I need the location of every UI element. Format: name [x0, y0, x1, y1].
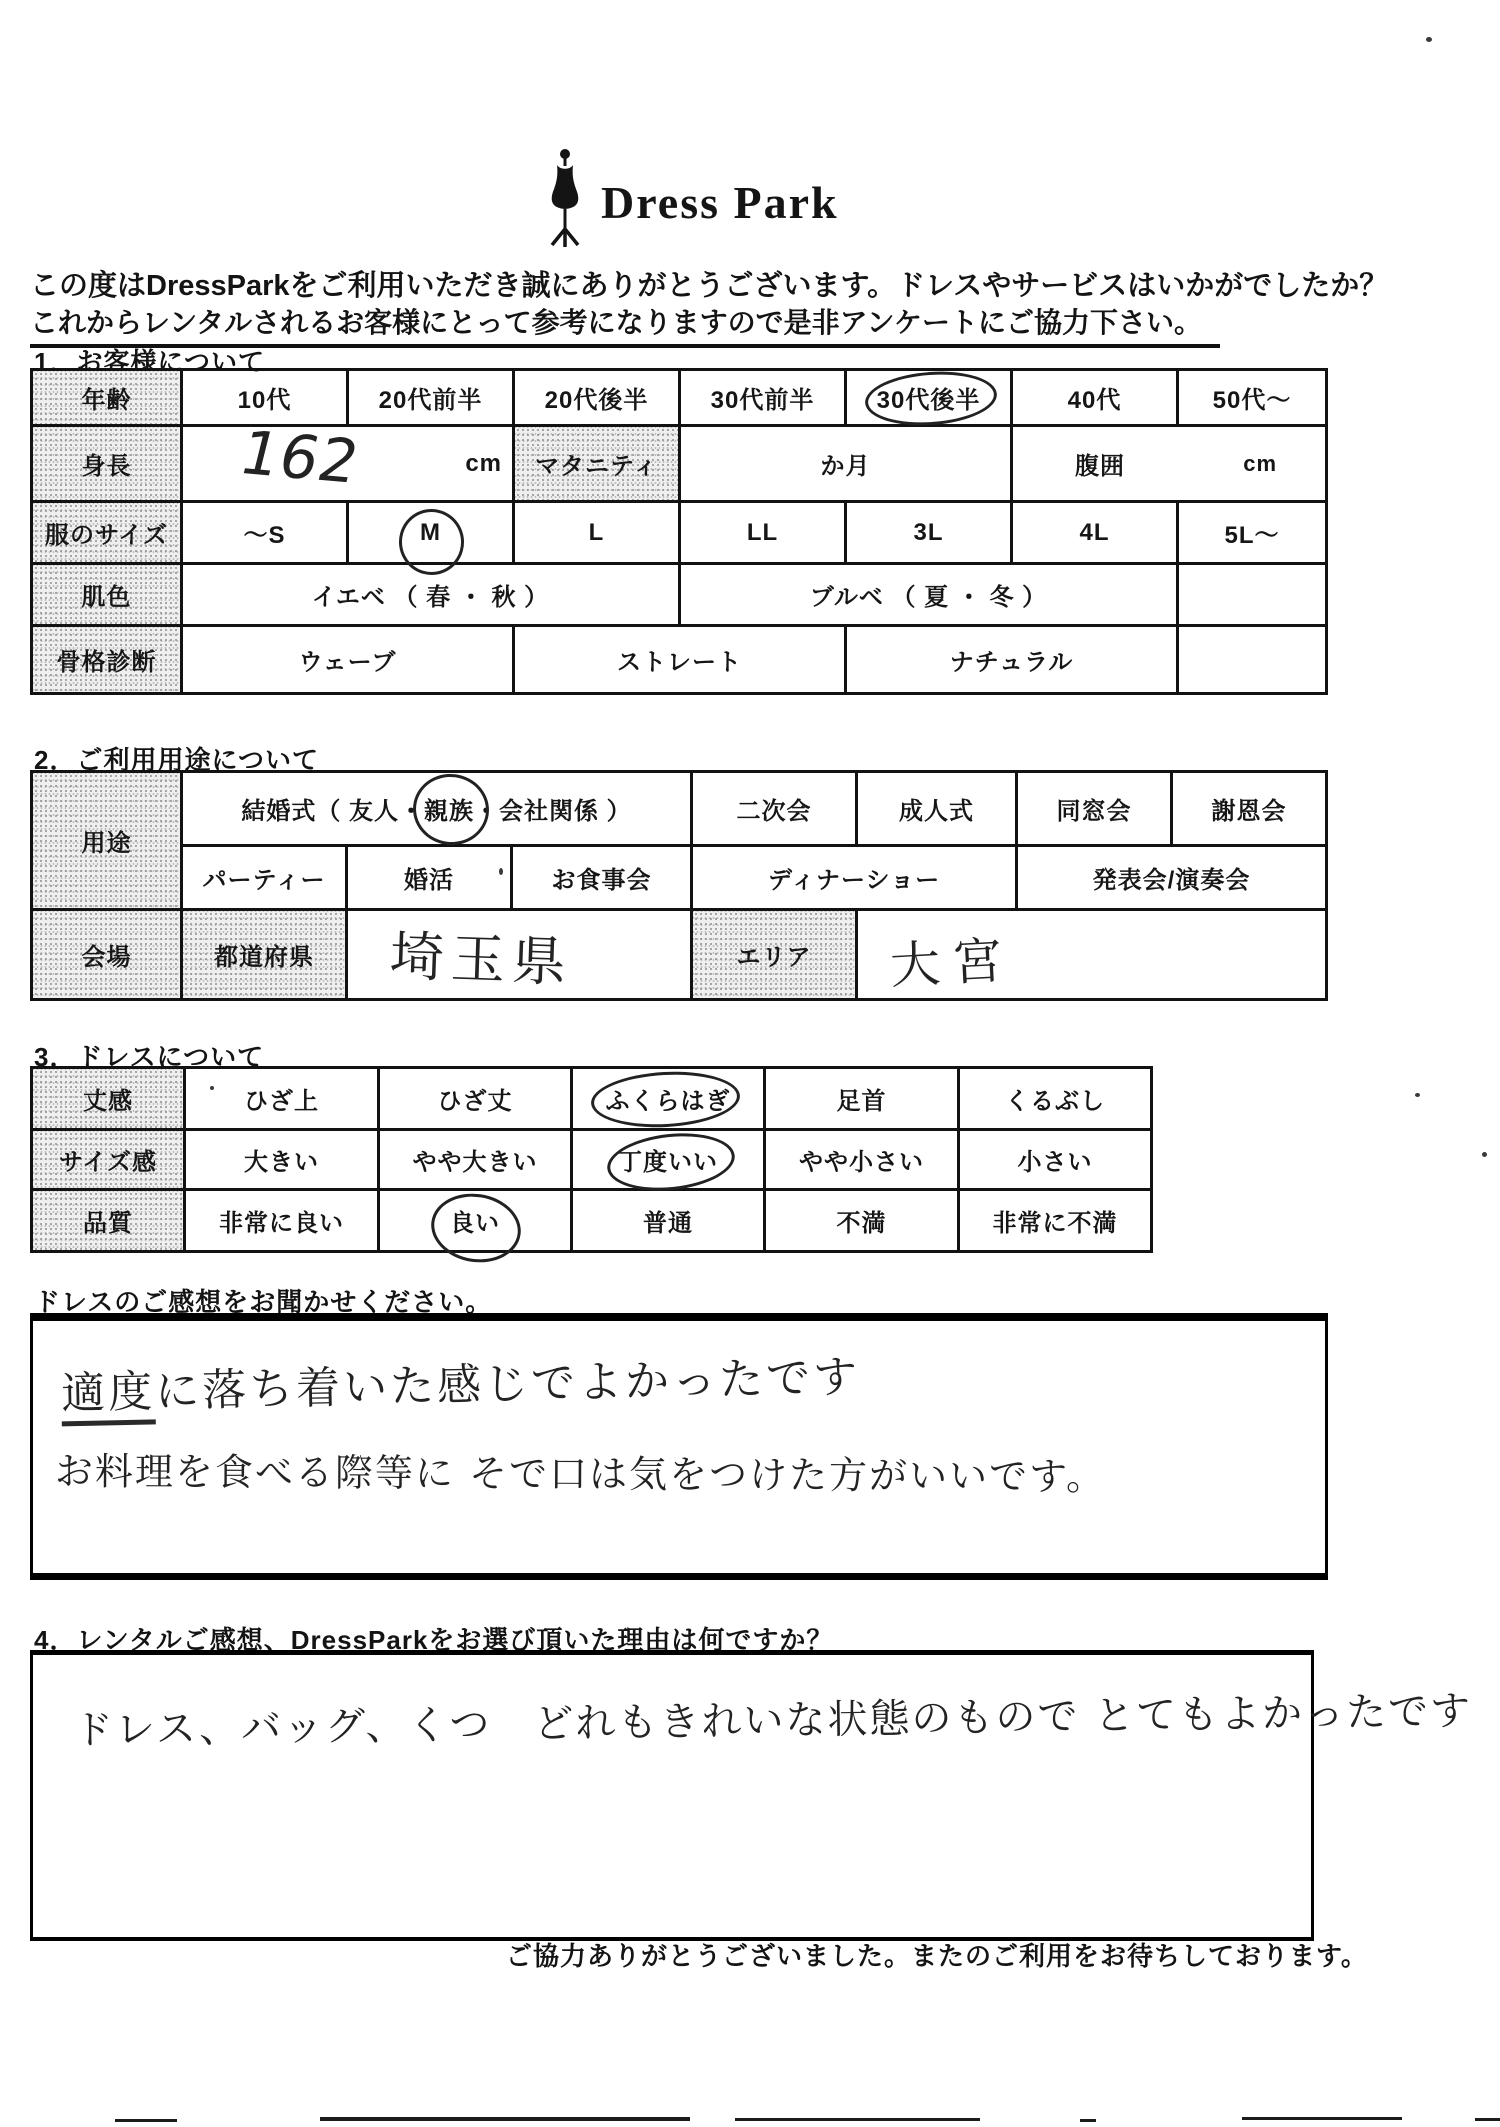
- height-row: 身長 162 cm マタニティ か月 腹囲 cm: [32, 426, 1327, 502]
- length-row: 丈感 ひざ上 ひざ丈 ふくらはぎ 足首 くるぶし: [32, 1068, 1152, 1130]
- venue-row: 会場 都道府県 埼玉県 エリア 大宮: [32, 910, 1327, 1000]
- frame-diagnosis-label: 骨格診断: [32, 626, 182, 694]
- handwritten-rental-feedback: ドレス、バッグ、くつ どれもきれいな状態のもので とてもよかったです: [73, 1679, 1473, 1756]
- quality-opt-good-circled: 良い: [379, 1190, 572, 1252]
- length-opt-knee: ひざ丈: [379, 1068, 572, 1130]
- age-opt-30s-late-circled: 30代後半: [846, 370, 1012, 426]
- height-value-cell: 162 cm: [182, 426, 514, 502]
- handwritten-dress-feedback-line1: 適度に落ち着いた感じでよかったです: [60, 1341, 860, 1422]
- purpose-opt-thanks-party: 謝恩会: [1172, 772, 1327, 846]
- skin-tone-row: 肌色 イエベ （ 春 ・ 秋 ） ブルベ （ 夏 ・ 冬 ）: [32, 564, 1327, 626]
- fit-opt-slightly-small: やや小さい: [765, 1130, 959, 1190]
- fit-opt-small: 小さい: [959, 1130, 1152, 1190]
- age-label: 年齢: [32, 370, 182, 426]
- scan-artifact: [1242, 2117, 1402, 2120]
- clothing-size-label: 服のサイズ: [32, 502, 182, 564]
- intro-line-2: これからレンタルされるお客様にとって参考になりますので是非アンケートにご協力下さ…: [30, 301, 1220, 348]
- purpose-row-1: 用途 結婚式（ 友人・親族・会社関係 ） 二次会 成人式 同窓会 謝恩会: [32, 772, 1327, 846]
- purpose-opt-matchmaking: 婚活: [347, 846, 512, 910]
- scan-speck: [210, 1086, 214, 1090]
- footer-thanks: ご協力ありがとうございました。またのご利用をお待ちしております。: [506, 1936, 1368, 1973]
- empty-cell: [1178, 626, 1327, 694]
- scan-artifact: [115, 2119, 177, 2122]
- fit-label: サイズ感: [32, 1130, 185, 1190]
- purpose-opt-reunion: 同窓会: [1017, 772, 1172, 846]
- age-opt-10s: 10代: [182, 370, 348, 426]
- size-opt-s: ～S: [182, 502, 348, 564]
- frame-opt-wave: ウェーブ: [182, 626, 514, 694]
- handwritten-line1-rest: に落ち着いた感じでよかったです: [155, 1352, 861, 1418]
- fit-opt-slightly-large: やや大きい: [379, 1130, 572, 1190]
- scan-speck: [1426, 37, 1432, 42]
- scanned-questionnaire-page: Dress Park この度はDressParkをご利用いただき誠にありがとうご…: [0, 0, 1500, 2127]
- scan-artifact: [320, 2117, 690, 2121]
- dress-table: 丈感 ひざ上 ひざ丈 ふくらはぎ 足首 くるぶし サイズ感 大きい やや大きい …: [30, 1066, 1153, 1253]
- purpose-opt-dinner-meeting: お食事会: [512, 846, 692, 910]
- clothing-size-row: 服のサイズ ～S M L LL 3L 4L 5L～: [32, 502, 1327, 564]
- venue-label: 会場: [32, 910, 182, 1000]
- logo: Dress Park: [543, 148, 839, 252]
- scan-artifact: [1475, 2118, 1500, 2121]
- usage-table: 用途 結婚式（ 友人・親族・会社関係 ） 二次会 成人式 同窓会 謝恩会 パーテ…: [30, 770, 1328, 1001]
- age-opt-20s-late: 20代後半: [514, 370, 680, 426]
- scan-speck: [1482, 1152, 1487, 1157]
- purpose-opt-party: パーティー: [182, 846, 347, 910]
- dress-form-icon: [543, 148, 587, 252]
- age-opt-50s: 50代～: [1178, 370, 1327, 426]
- age-opt-30s-early: 30代前半: [680, 370, 846, 426]
- frame-opt-straight: ストレート: [514, 626, 846, 694]
- scan-artifact: [735, 2118, 980, 2121]
- purpose-opt-afterparty: 二次会: [692, 772, 857, 846]
- circle-mark-relatives: 親族: [424, 791, 474, 826]
- circle-mark-fit: 丁度いい: [618, 1142, 718, 1177]
- age-opt-40s: 40代: [1012, 370, 1178, 426]
- fit-opt-large: 大きい: [185, 1130, 379, 1190]
- prefecture-value-cell: 埼玉県: [347, 910, 692, 1000]
- quality-opt-normal: 普通: [572, 1190, 765, 1252]
- handwritten-area: 大宮: [888, 920, 1016, 998]
- wedding-suffix: ・会社関係 ）: [474, 798, 632, 825]
- handwritten-prefecture: 埼玉県: [389, 914, 575, 997]
- customer-table: 年齢 10代 20代前半 20代後半 30代前半 30代後半 40代 50代～ …: [30, 368, 1328, 695]
- length-opt-anklebone: くるぶし: [959, 1068, 1152, 1130]
- empty-cell: [1178, 564, 1327, 626]
- height-unit: cm: [465, 450, 502, 478]
- circle-mark-size: M: [420, 519, 441, 547]
- purpose-opt-coming-of-age: 成人式: [857, 772, 1017, 846]
- quality-row: 品質 非常に良い 良い 普通 不満 非常に不満: [32, 1190, 1152, 1252]
- size-opt-5l: 5L～: [1178, 502, 1327, 564]
- quality-label: 品質: [32, 1190, 185, 1252]
- intro-line-1: この度はDressParkをご利用いただき誠にありがとうございます。ドレスやサー…: [30, 263, 1388, 304]
- area-value-cell: 大宮: [857, 910, 1327, 1000]
- handwritten-dress-feedback-line2: お料理を食べる際等に そで口は気をつけた方がいいです。: [55, 1440, 1106, 1501]
- circle-mark-quality: 良い: [450, 1203, 500, 1238]
- maternity-months-label: か月: [680, 426, 1012, 502]
- fit-opt-just-right-circled: 丁度いい: [572, 1130, 765, 1190]
- dress-feedback-box: 適度に落ち着いた感じでよかったです お料理を食べる際等に そで口は気をつけた方が…: [30, 1313, 1328, 1580]
- size-opt-3l: 3L: [846, 502, 1012, 564]
- length-label: 丈感: [32, 1068, 185, 1130]
- size-opt-l: L: [514, 502, 680, 564]
- waist-unit: cm: [1243, 451, 1277, 477]
- frame-opt-natural: ナチュラル: [846, 626, 1178, 694]
- size-opt-ll: LL: [680, 502, 846, 564]
- brand-text: Dress Park: [601, 176, 839, 229]
- purpose-opt-recital: 発表会/演奏会: [1017, 846, 1327, 910]
- quality-opt-dissatisfied: 不満: [765, 1190, 959, 1252]
- circle-mark-length: ふくらはぎ: [606, 1081, 731, 1116]
- scan-artifact: [1080, 2119, 1096, 2122]
- area-label: エリア: [692, 910, 857, 1000]
- rental-feedback-box: ドレス、バッグ、くつ どれもきれいな状態のもので とてもよかったです: [30, 1650, 1314, 1941]
- scan-speck: [1415, 1093, 1420, 1097]
- length-opt-above-knee: ひざ上: [185, 1068, 379, 1130]
- waist-cell: 腹囲 cm: [1012, 426, 1327, 502]
- circle-mark-age: 30代後半: [877, 380, 981, 415]
- wedding-prefix: 結婚式（ 友人・: [241, 798, 424, 825]
- purpose-label: 用途: [32, 772, 182, 910]
- age-row: 年齢 10代 20代前半 20代後半 30代前半 30代後半 40代 50代～: [32, 370, 1327, 426]
- skin-tone-label: 肌色: [32, 564, 182, 626]
- skin-opt-blue-base: ブルベ （ 夏 ・ 冬 ）: [680, 564, 1178, 626]
- size-opt-m-circled: M: [348, 502, 514, 564]
- age-opt-20s-early: 20代前半: [348, 370, 514, 426]
- purpose-opt-dinner-show: ディナーショー: [692, 846, 1017, 910]
- handwritten-height: 162: [233, 418, 367, 497]
- scan-speck: [499, 868, 503, 875]
- purpose-opt-wedding: 結婚式（ 友人・親族・会社関係 ）: [182, 772, 692, 846]
- height-label: 身長: [32, 426, 182, 502]
- quality-opt-very-good: 非常に良い: [185, 1190, 379, 1252]
- frame-diagnosis-row: 骨格診断 ウェーブ ストレート ナチュラル: [32, 626, 1327, 694]
- purpose-row-2: パーティー 婚活 お食事会 ディナーショー 発表会/演奏会: [32, 846, 1327, 910]
- maternity-label: マタニティ: [514, 426, 680, 502]
- fit-row: サイズ感 大きい やや大きい 丁度いい やや小さい 小さい: [32, 1130, 1152, 1190]
- length-opt-calf-circled: ふくらはぎ: [572, 1068, 765, 1130]
- quality-opt-very-dissatisfied: 非常に不満: [959, 1190, 1152, 1252]
- handwritten-underlined-word: 適度: [61, 1366, 156, 1426]
- waist-label: 腹囲: [1075, 446, 1125, 481]
- prefecture-label: 都道府県: [182, 910, 347, 1000]
- length-opt-ankle: 足首: [765, 1068, 959, 1130]
- size-opt-4l: 4L: [1012, 502, 1178, 564]
